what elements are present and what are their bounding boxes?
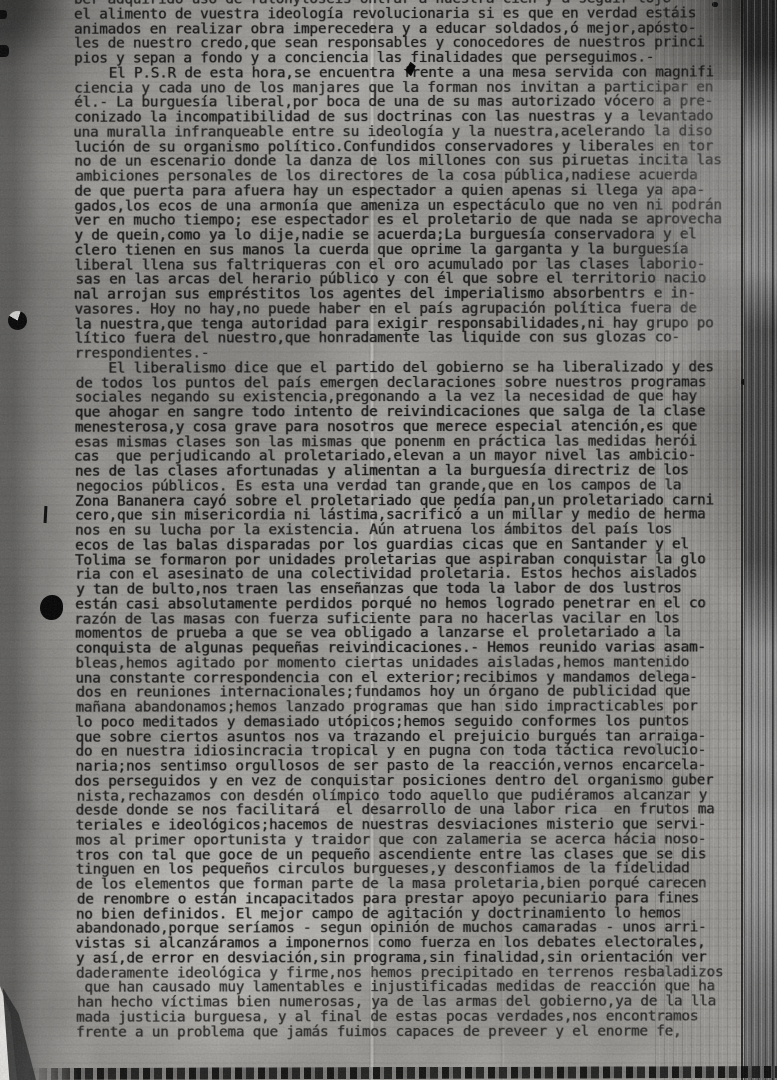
typewritten-text: ber adquirido uso de ralonyloseis ontrar… bbox=[74, 0, 766, 1040]
text-line: lítico fuera del nuestro,que honradament… bbox=[75, 331, 765, 347]
scan-edge-artifact bbox=[0, 45, 9, 57]
text-line: una muralla infranqueable entre su ideol… bbox=[73, 124, 763, 140]
margin-tick-mark bbox=[44, 506, 48, 523]
text-line: ber adquirido uso de ralonyloseis ontrar… bbox=[74, 0, 764, 7]
text-line: negocios públicos. Es esta una verdad ta… bbox=[76, 478, 766, 494]
corner-fold-shadow bbox=[0, 988, 36, 1080]
text-line: bleas,hemos agitado por momento ciertas … bbox=[75, 655, 765, 671]
text-line: sociales negando su existencia,pregonand… bbox=[75, 390, 765, 406]
text-line: cas que perjudicando al proletariado,ele… bbox=[74, 449, 764, 465]
text-line: y tan de bulto,nos traen las enseñanzas … bbox=[76, 581, 766, 597]
text-line: momentos de prueba a que se vea obligado… bbox=[75, 626, 765, 642]
text-line: do en nuestra idiosincracia tropical y e… bbox=[75, 744, 765, 760]
bottom-scan-shadow bbox=[28, 1066, 777, 1080]
text-line: vasores. Hoy no hay,no puede haber en el… bbox=[75, 301, 765, 317]
text-line: ver en mucho tiempo; ese espectador es e… bbox=[74, 213, 764, 229]
scanned-document-page: ber adquirido uso de ralonyloseis ontrar… bbox=[0, 0, 777, 1080]
text-line: rrespondientes.- bbox=[75, 345, 765, 361]
corner-fold-highlight bbox=[0, 986, 17, 1080]
ink-blot bbox=[8, 311, 27, 330]
text-line: frente a un problema que jamás fuimos ca… bbox=[76, 1024, 766, 1040]
text-line: de renombre o están incapacitados para p… bbox=[77, 891, 767, 907]
text-line: ambiciones personales de los directores … bbox=[75, 168, 765, 184]
text-line: mañana abandonamos;hemos lanzado program… bbox=[75, 699, 765, 715]
text-line: desde donde se nos facilitará el desarro… bbox=[76, 803, 766, 819]
page-edge-line bbox=[772, 0, 774, 1080]
text-line: mos al primer oportunista y traidor que … bbox=[76, 832, 766, 848]
scan-edge-artifact bbox=[0, 10, 7, 19]
ink-blot bbox=[40, 595, 63, 620]
text-line: él.- La burguesía liberal,por boca de un… bbox=[74, 95, 764, 111]
text-line: vistas si alcanzáramos a imponernos como… bbox=[75, 935, 765, 951]
text-line: les de nuestro credo,que sean responsabl… bbox=[74, 36, 764, 52]
text-line: nos en su lucha por la existencia. Aún a… bbox=[75, 522, 765, 538]
